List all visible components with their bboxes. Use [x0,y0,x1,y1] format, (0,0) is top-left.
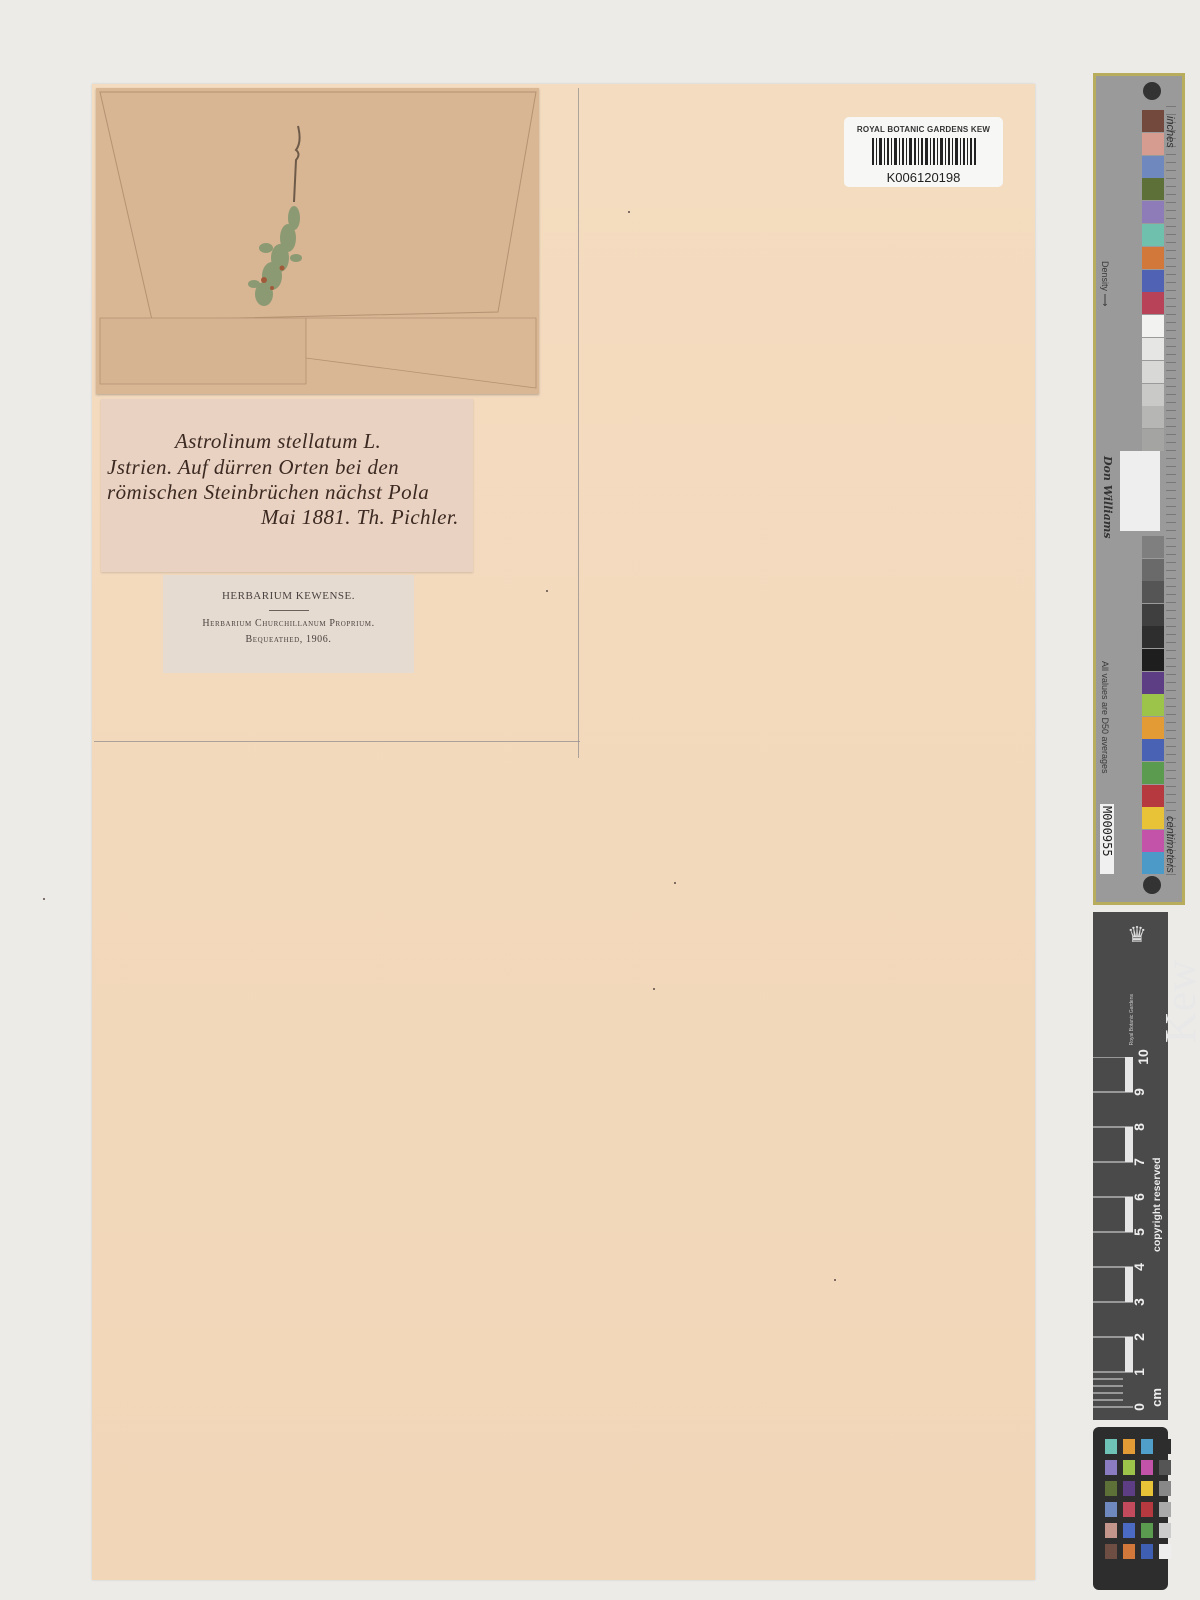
pencil-guide-vertical [578,88,579,758]
locality-line-2: römischen Steinbrüchen nächst Pola [107,480,429,505]
kew-subtitle: Royal Botanic Gardens [1129,994,1135,1045]
color-swatch [1142,762,1164,784]
species-name: Astrolinum stellatum L. [175,429,381,454]
checker-swatch [1123,1502,1135,1517]
cm-2: 2 [1131,1333,1147,1341]
color-swatch [1142,807,1164,829]
color-swatch [1142,338,1164,360]
kew-scale-bar: ♛ Kew Royal Botanic Gardens 10 9 8 7 6 5… [1093,912,1168,1420]
divider [269,610,309,611]
catalog-number-tag: M000955 [1100,804,1114,874]
checker-swatch [1159,1460,1171,1475]
cm-numbers: 10 9 8 7 6 5 4 3 2 1 0 [1133,1057,1153,1414]
color-swatch [1142,626,1164,648]
speck [628,211,630,213]
cm-4: 4 [1131,1263,1147,1271]
color-swatch [1142,110,1164,132]
color-swatch [1142,315,1164,337]
color-swatch [1142,156,1164,178]
inches-label: inches [1164,116,1176,148]
copyright-text: copyright reserved [1151,1157,1163,1252]
speck [834,1279,836,1281]
cm-6: 6 [1131,1193,1147,1201]
checker-swatch [1105,1460,1117,1475]
checker-swatch [1141,1502,1153,1517]
catalog-number: M000955 [1100,806,1114,857]
color-swatch [1142,270,1164,292]
barcode-label: ROYAL BOTANIC GARDENS KEW K006120198 [844,117,1003,187]
gray-gauge [1120,451,1160,531]
cm-0: 0 [1131,1403,1147,1411]
color-swatch [1142,224,1164,246]
signature: Don Williams [1101,456,1114,539]
color-swatch [1142,852,1164,874]
color-swatch [1142,384,1164,406]
color-swatch [1142,406,1164,428]
color-swatch [1142,649,1164,671]
mount-hole [1143,82,1161,100]
color-swatch [1142,178,1164,200]
color-swatch [1142,694,1164,716]
color-swatch [1142,830,1164,852]
herbarium-title: HERBARIUM KEWENSE. [163,590,414,602]
cm-5: 5 [1131,1228,1147,1236]
checker-swatch [1141,1481,1153,1496]
pencil-guide-horizontal [94,741,580,742]
color-swatch [1142,361,1164,383]
checker-swatch [1123,1460,1135,1475]
cm-ruler [1093,1057,1133,1414]
cm-7: 7 [1131,1158,1147,1166]
bequest-note: Bequeathed, 1906. [163,634,414,645]
speck [653,988,655,990]
color-swatch [1142,785,1164,807]
color-calibration-bar: inches centimeters Density ⟶ All values … [1093,73,1185,905]
locality-line-1: Jstrien. Auf dürren Orten bei den [107,455,399,480]
checker-swatch [1105,1439,1117,1454]
color-swatch [1142,247,1164,269]
checker-swatch [1105,1481,1117,1496]
speck [546,590,548,592]
herbarium-kewense-label: HERBARIUM KEWENSE. Herbarium Churchillan… [163,575,414,673]
cm-10: 10 [1135,1049,1151,1065]
cm-1: 1 [1131,1368,1147,1376]
checker-swatch [1123,1523,1135,1538]
checker-swatch [1123,1439,1135,1454]
checker-swatch [1141,1544,1153,1559]
checker-swatch [1123,1481,1135,1496]
cm-9: 9 [1131,1088,1147,1096]
barcode-number: K006120198 [844,170,1003,185]
speck [674,882,676,884]
specimen-packet [96,88,539,394]
kew-logo: Kew [1155,960,1200,1043]
color-swatch [1142,201,1164,223]
checker-swatch [1159,1481,1171,1496]
collector-label: Astrolinum stellatum L. Jstrien. Auf dür… [101,399,473,572]
checker-swatch [1123,1544,1135,1559]
checker-swatch [1159,1439,1171,1454]
color-swatch [1142,604,1164,626]
barcode-icon [872,138,976,165]
density-label: Density ⟶ [1099,261,1110,306]
cm-unit: cm [1149,1388,1164,1407]
centimeters-label: centimeters [1164,816,1176,873]
color-swatch [1142,717,1164,739]
collection-name: Herbarium Churchillanum Proprium. [163,618,414,629]
color-swatch [1142,581,1164,603]
checker-swatch [1141,1523,1153,1538]
color-swatch [1142,429,1164,451]
cm-3: 3 [1131,1298,1147,1306]
cm-8: 8 [1131,1123,1147,1131]
crest-icon: ♛ [1121,920,1153,950]
color-swatch [1142,536,1164,558]
checker-swatch [1159,1502,1171,1517]
institution-name: ROYAL BOTANIC GARDENS KEW [844,125,1003,134]
color-swatch [1142,133,1164,155]
checker-swatch [1159,1544,1171,1559]
checker-swatch [1105,1502,1117,1517]
color-swatch [1142,559,1164,581]
color-swatch [1142,672,1164,694]
mount-hole [1143,876,1161,894]
checker-swatch [1141,1439,1153,1454]
color-checker-grid [1105,1439,1171,1559]
date-collector: Mai 1881. Th. Pichler. [261,505,459,530]
checker-swatch [1105,1544,1117,1559]
ruler-ticks [1166,106,1176,876]
speck [43,898,45,900]
color-checker-card [1093,1427,1168,1590]
packet-folds-and-specimen [96,88,539,394]
checker-swatch [1141,1460,1153,1475]
checker-swatch [1159,1523,1171,1538]
color-swatch [1142,292,1164,314]
checker-swatch [1105,1523,1117,1538]
footnote: All values are D50 averages [1100,661,1110,774]
color-swatch [1142,739,1164,761]
